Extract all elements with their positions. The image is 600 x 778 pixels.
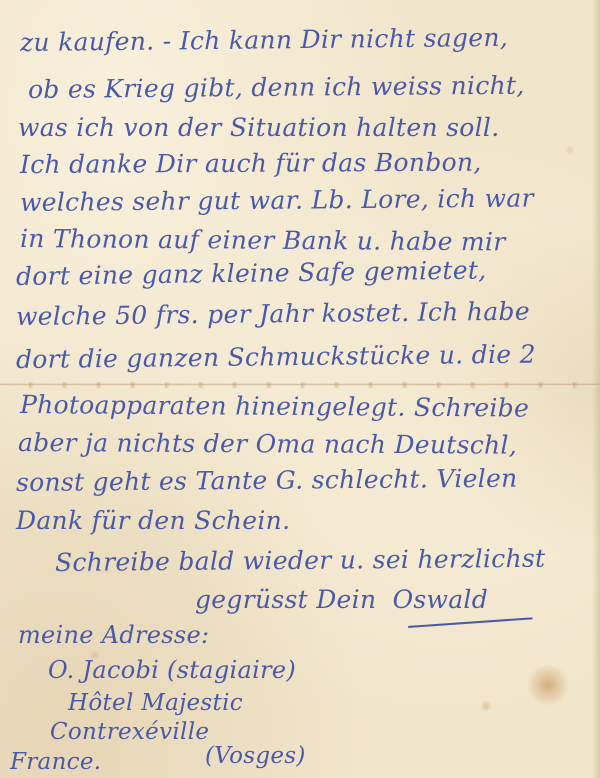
closing-greeting-text: gegrüsst Dein	[195, 585, 376, 614]
address-hotel: Hôtel Majestic	[68, 688, 243, 718]
signature: Oswald	[393, 585, 488, 614]
letter-page: zu kaufen. - Ich kann Dir nicht sagen, o…	[0, 0, 600, 778]
letter-line: welches sehr gut war. Lb. Lore, ich war	[20, 184, 534, 218]
letter-line: dort die ganzen Schmuckstücke u. die 2	[16, 340, 536, 375]
closing-greeting: gegrüsst Dein Oswald	[195, 585, 488, 615]
closing-line: Schreibe bald wieder u. sei herzlichst	[55, 544, 546, 578]
letter-line: aber ja nichts der Oma nach Deutschl,	[18, 428, 517, 461]
letter-line: Ich danke Dir auch für das Bonbon,	[20, 148, 482, 180]
letter-line: zu kaufen. - Ich kann Dir nicht sagen,	[20, 23, 508, 58]
letter-line: dort eine ganz kleine Safe gemietet,	[16, 255, 487, 292]
signature-underline	[408, 617, 533, 628]
paper-stain	[480, 700, 492, 712]
paper-edge-shading	[592, 0, 600, 778]
address-town: Contrexéville	[50, 717, 209, 747]
address-name: O. Jacobi (stagiaire)	[48, 655, 296, 685]
letter-line: sonst geht es Tante G. schlecht. Vielen	[16, 464, 518, 498]
letter-line: Dank für den Schein.	[16, 506, 290, 536]
paper-stain	[528, 665, 568, 705]
address-label: meine Adresse:	[18, 620, 209, 650]
paper-stain	[565, 145, 575, 155]
letter-line: welche 50 frs. per Jahr kostet. Ich habe	[16, 297, 530, 332]
paper-fold-spots	[0, 382, 600, 388]
address-region: (Vosges)	[205, 741, 306, 771]
address-country: France.	[10, 747, 101, 777]
letter-line: Photoapparaten hineingelegt. Schreibe	[20, 390, 529, 424]
letter-line: ob es Krieg gibt, denn ich weiss nicht,	[28, 71, 525, 105]
letter-line: was ich von der Situation halten soll.	[18, 113, 499, 143]
letter-line: in Thonon auf einer Bank u. habe mir	[20, 224, 506, 257]
